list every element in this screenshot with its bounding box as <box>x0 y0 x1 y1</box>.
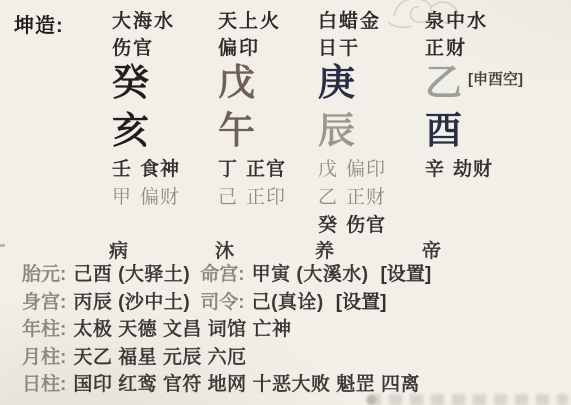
hidden-stem-character: 丁 <box>218 159 238 180</box>
hidden-stem-character: 乙 <box>318 187 338 208</box>
shengong-label: 身宫: <box>22 292 66 313</box>
hidden-stem-role: 正印 <box>246 187 286 208</box>
stem-character: 戊 <box>218 62 255 103</box>
ten-god-label: 正财 <box>425 36 467 62</box>
hidden-stem-role: 正官 <box>246 159 286 180</box>
branch-character: 酉 <box>425 110 462 151</box>
hidden-stem-row: 戊偏印 <box>318 156 386 184</box>
faint-watermark <box>368 394 568 405</box>
hidden-stem-row: 癸伤官 <box>318 212 386 240</box>
branch-character: 亥 <box>112 110 149 151</box>
earthly-branch: 亥 <box>112 108 149 162</box>
hidden-stems-list: 辛劫财 <box>425 156 493 184</box>
chart-type-label: 坤造: <box>14 9 64 38</box>
hidden-stem-role: 正财 <box>346 187 386 208</box>
year-pillar-stars-row: 年柱:太极 天德 文昌 词馆 亡神 <box>22 316 431 344</box>
shengong-siling-row: 身宫:丙辰 (沙中土)司令:己(真诠)[设置] <box>22 289 431 317</box>
day-master-label: 日干 <box>318 36 360 62</box>
nayin-label: 白蜡金 <box>318 9 381 35</box>
settings-link[interactable]: [设置] <box>336 292 387 313</box>
hidden-stem-character: 己 <box>218 187 238 208</box>
hidden-stem-row: 乙正财 <box>318 184 386 212</box>
earthly-branch: 辰 <box>318 108 355 162</box>
heavenly-stem: 乙[申酉空] <box>425 60 523 114</box>
taiyuan-minggong-row: 胎元:己酉 (大驿土)命宫:甲寅 (大溪水)[设置] <box>22 261 431 289</box>
hidden-stem-character: 辛 <box>425 159 445 180</box>
minggong-label: 命宫: <box>200 264 244 285</box>
day-pillar-label: 日柱: <box>22 374 66 395</box>
hidden-stem-character: 壬 <box>112 159 132 180</box>
settings-link[interactable]: [设置] <box>381 264 432 285</box>
month-pillar-label: 月柱: <box>22 347 66 368</box>
branch-character: 辰 <box>318 110 355 151</box>
ten-god-label: 伤官 <box>112 36 154 62</box>
hidden-stem-role: 偏财 <box>140 187 180 208</box>
hidden-stem-role: 伤官 <box>346 215 386 236</box>
month-pillar-stars: 天乙 福星 元辰 六厄 <box>73 347 246 368</box>
hidden-stem-row: 甲偏财 <box>112 184 180 212</box>
minggong-value: 甲寅 (大溪水) <box>252 264 369 285</box>
year-pillar-label: 年柱: <box>22 319 66 340</box>
day-pillar-stars: 国印 红鸾 官符 地网 十恶大败 魁罡 四离 <box>73 374 420 395</box>
void-branches-tag: [申酉空] <box>468 71 523 89</box>
stem-character: 癸 <box>112 62 149 103</box>
hidden-stem-row: 己正印 <box>218 184 286 212</box>
hidden-stem-row: 丁正官 <box>218 156 286 184</box>
edge-artifact <box>0 244 5 247</box>
bazi-chart-page: 坤造: 大海水 伤官 癸 亥 壬食神 甲偏财 病 天上火 偏印 戊 午 <box>0 0 571 405</box>
earthly-branch: 酉 <box>425 108 462 162</box>
shengong-value: 丙辰 (沙中土) <box>73 292 190 313</box>
taiyuan-value: 己酉 (大驿土) <box>73 264 190 285</box>
branch-character: 午 <box>218 110 255 151</box>
nayin-label: 天上火 <box>218 9 281 35</box>
hidden-stems-list: 壬食神 甲偏财 <box>112 156 180 212</box>
earthly-branch: 午 <box>218 108 255 162</box>
hidden-stem-row: 壬食神 <box>112 156 180 184</box>
taiyuan-label: 胎元: <box>22 264 66 285</box>
hidden-stem-role: 食神 <box>140 159 180 180</box>
info-section: 胎元:己酉 (大驿土)命宫:甲寅 (大溪水)[设置] 身宫:丙辰 (沙中土)司令… <box>22 261 431 399</box>
hidden-stem-character: 戊 <box>318 159 338 180</box>
hidden-stem-role: 偏印 <box>346 159 386 180</box>
hidden-stems-list: 丁正官 己正印 <box>218 156 286 212</box>
heavenly-stem: 庚 <box>318 60 355 114</box>
hidden-stem-character: 癸 <box>318 215 338 236</box>
hidden-stem-row: 辛劫财 <box>425 156 493 184</box>
stem-character: 乙 <box>425 62 462 103</box>
heavenly-stem: 癸 <box>112 60 149 114</box>
month-pillar-stars-row: 月柱:天乙 福星 元辰 六厄 <box>22 344 431 372</box>
nayin-label: 大海水 <box>112 9 175 35</box>
hidden-stem-character: 甲 <box>112 187 132 208</box>
hidden-stem-role: 劫财 <box>453 159 493 180</box>
heavenly-stem: 戊 <box>218 60 255 114</box>
siling-label: 司令: <box>200 292 244 313</box>
nayin-label: 泉中水 <box>425 9 488 35</box>
year-pillar-stars: 太极 天德 文昌 词馆 亡神 <box>73 319 291 340</box>
siling-value: 己(真诠) <box>252 292 324 313</box>
hidden-stems-list: 戊偏印 乙正财 癸伤官 <box>318 156 386 240</box>
stem-character: 庚 <box>318 62 355 103</box>
ten-god-label: 偏印 <box>218 36 260 62</box>
